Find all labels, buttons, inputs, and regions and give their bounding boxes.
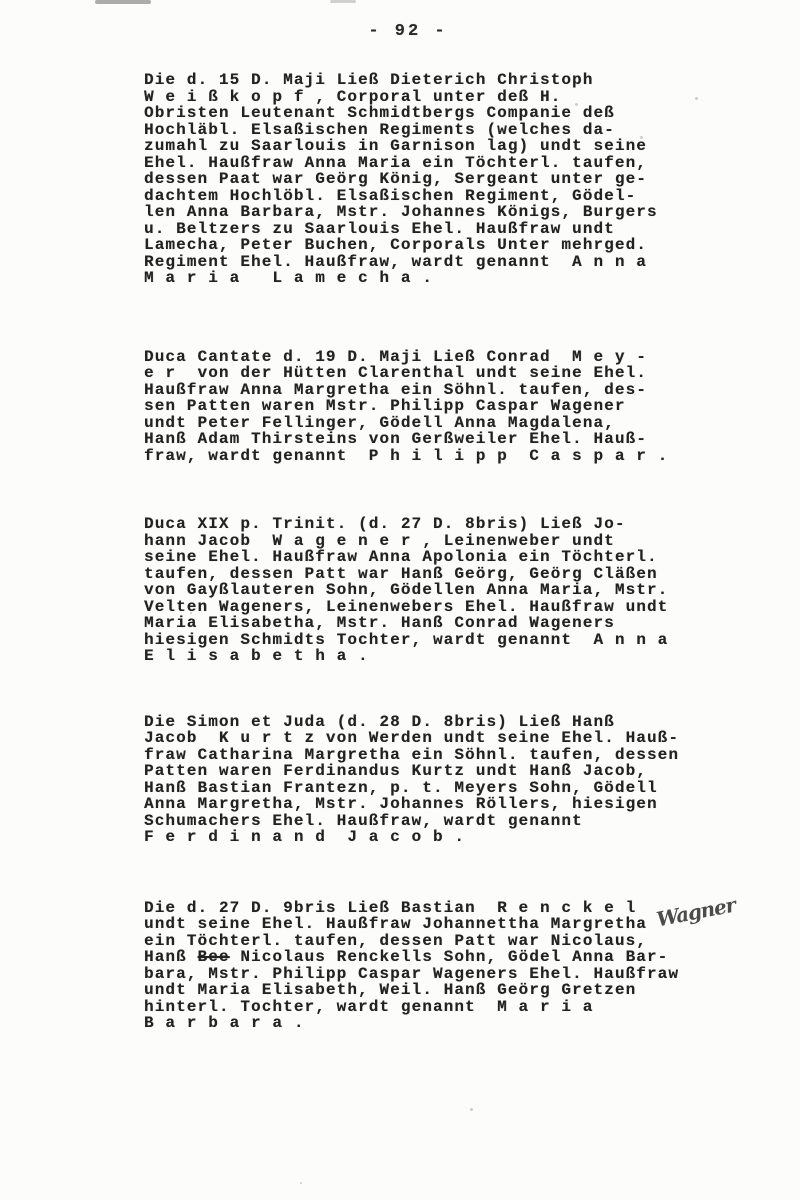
text-line: E l i s a b e t h a .	[144, 648, 704, 665]
paragraph: Die d. 15 D. Maji Ließ Dieterich Christo…	[144, 72, 704, 287]
text-line: dachtem Hochlöbl. Elsaßischen Regiment, …	[144, 188, 704, 205]
scan-smudge	[95, 0, 151, 4]
text-line: u. Beltzers zu Saarlouis Ehel. Haußfraw …	[144, 221, 704, 238]
page-body: Die d. 15 D. Maji Ließ Dieterich Christo…	[144, 72, 704, 1032]
text-line: Maria Elisabetha, Mstr. Hanß Conrad Wage…	[144, 615, 704, 632]
text-line: Die Simon et Juda (d. 28 D. 8bris) Ließ …	[144, 714, 704, 731]
text-line: undt Peter Fellinger, Gödell Anna Magdal…	[144, 415, 704, 432]
text-line: M a r i a L a m e c h a .	[144, 270, 704, 287]
text-line: sen Patten waren Mstr. Philipp Caspar Wa…	[144, 398, 704, 415]
text-line: ein Töchterl. taufen, dessen Patt war Ni…	[144, 933, 704, 950]
text-line: B a r b a r a .	[144, 1015, 704, 1032]
struck-text: Bee	[198, 948, 230, 966]
page-number: - 92 -	[0, 22, 800, 41]
scan-speck	[640, 136, 643, 139]
text-line: hinterl. Tochter, wardt genannt M a r i …	[144, 999, 704, 1016]
text-line: undt Maria Elisabeth, Weil. Hanß Geörg G…	[144, 982, 704, 999]
text-line: Hanß Adam Thirsteins von Gerßweiler Ehel…	[144, 431, 704, 448]
text-line: dessen Paat war Geörg König, Sergeant un…	[144, 171, 704, 188]
text-line: Duca Cantate d. 19 D. Maji Ließ Conrad M…	[144, 349, 704, 366]
text-line: fraw, wardt genannt P h i l i p p C a s …	[144, 448, 704, 465]
scan-speck	[300, 1182, 302, 1184]
text-line: Ehel. Haußfraw Anna Maria ein Töchterl. …	[144, 155, 704, 172]
text-line: Patten waren Ferdinandus Kurtz undt Hanß…	[144, 763, 704, 780]
text-line: Hanß Bastian Frantezn, p. t. Meyers Sohn…	[144, 780, 704, 797]
scan-speck	[470, 1108, 473, 1111]
text-line: hiesigen Schmidts Tochter, wardt genannt…	[144, 632, 704, 649]
text-line: bara, Mstr. Philipp Caspar Wageners Ehel…	[144, 966, 704, 983]
scan-speck	[190, 612, 192, 614]
text-line: taufen, dessen Patt war Hanß Geörg, Geör…	[144, 566, 704, 583]
text-line: Lamecha, Peter Buchen, Corporals Unter m…	[144, 237, 704, 254]
text-line: zumahl zu Saarlouis in Garnison lag) und…	[144, 138, 704, 155]
text-line: Duca XIX p. Trinit. (d. 27 D. 8bris) Lie…	[144, 516, 704, 533]
text-segment: Hanß	[144, 948, 198, 966]
scanned-document-page: - 92 - Die d. 15 D. Maji Ließ Dieterich …	[0, 0, 800, 1200]
text-line: Haußfraw Anna Margretha ein Söhnl. taufe…	[144, 382, 704, 399]
text-line: Regiment Ehel. Haußfraw, wardt genannt A…	[144, 254, 704, 271]
text-line: undt seine Ehel. Haußfraw Johannettha Ma…	[144, 916, 704, 933]
text-line: Anna Margretha, Mstr. Johannes Röllers, …	[144, 796, 704, 813]
paragraph: Duca XIX p. Trinit. (d. 27 D. 8bris) Lie…	[144, 516, 704, 665]
text-line: Obristen Leutenant Schmidtbergs Companie…	[144, 105, 704, 122]
text-line: F e r d i n a n d J a c o b .	[144, 829, 704, 846]
text-line: Schumachers Ehel. Haußfraw, wardt genann…	[144, 813, 704, 830]
text-line: Velten Wageners, Leinenwebers Ehel. Hauß…	[144, 599, 704, 616]
text-line: Die d. 15 D. Maji Ließ Dieterich Christo…	[144, 72, 704, 89]
scan-smudge	[330, 0, 356, 3]
text-line: fraw Catharina Margretha ein Söhnl. tauf…	[144, 747, 704, 764]
text-segment: Nicolaus Renckells Sohn, Gödel Anna Bar-	[230, 948, 669, 966]
text-line: e r von der Hütten Clarenthal undt seine…	[144, 365, 704, 382]
paragraph: Duca Cantate d. 19 D. Maji Ließ Conrad M…	[144, 349, 704, 465]
text-line: seine Ehel. Haußfraw Anna Apolonia ein T…	[144, 549, 704, 566]
text-line: len Anna Barbara, Mstr. Johannes Königs,…	[144, 204, 704, 221]
paragraph: Die Simon et Juda (d. 28 D. 8bris) Ließ …	[144, 714, 704, 846]
text-line: von Gayßlauteren Sohn, Gödellen Anna Mar…	[144, 582, 704, 599]
text-line: Hochläbl. Elsaßischen Regiments (welches…	[144, 122, 704, 139]
paragraph: Die d. 27 D. 9bris Ließ Bastian R e n c …	[144, 900, 704, 1032]
text-line: W e i ß k o p f , Corporal unter deß H.	[144, 89, 704, 106]
scan-speck	[575, 103, 578, 106]
text-line: hann Jacob W a g e n e r , Leinenweber u…	[144, 533, 704, 550]
text-line: Die d. 27 D. 9bris Ließ Bastian R e n c …	[144, 900, 704, 917]
text-line: Hanß Bee Nicolaus Renckells Sohn, Gödel …	[144, 949, 704, 966]
scan-speck	[695, 97, 698, 100]
text-line: Jacob K u r t z von Werden undt seine Eh…	[144, 730, 704, 747]
